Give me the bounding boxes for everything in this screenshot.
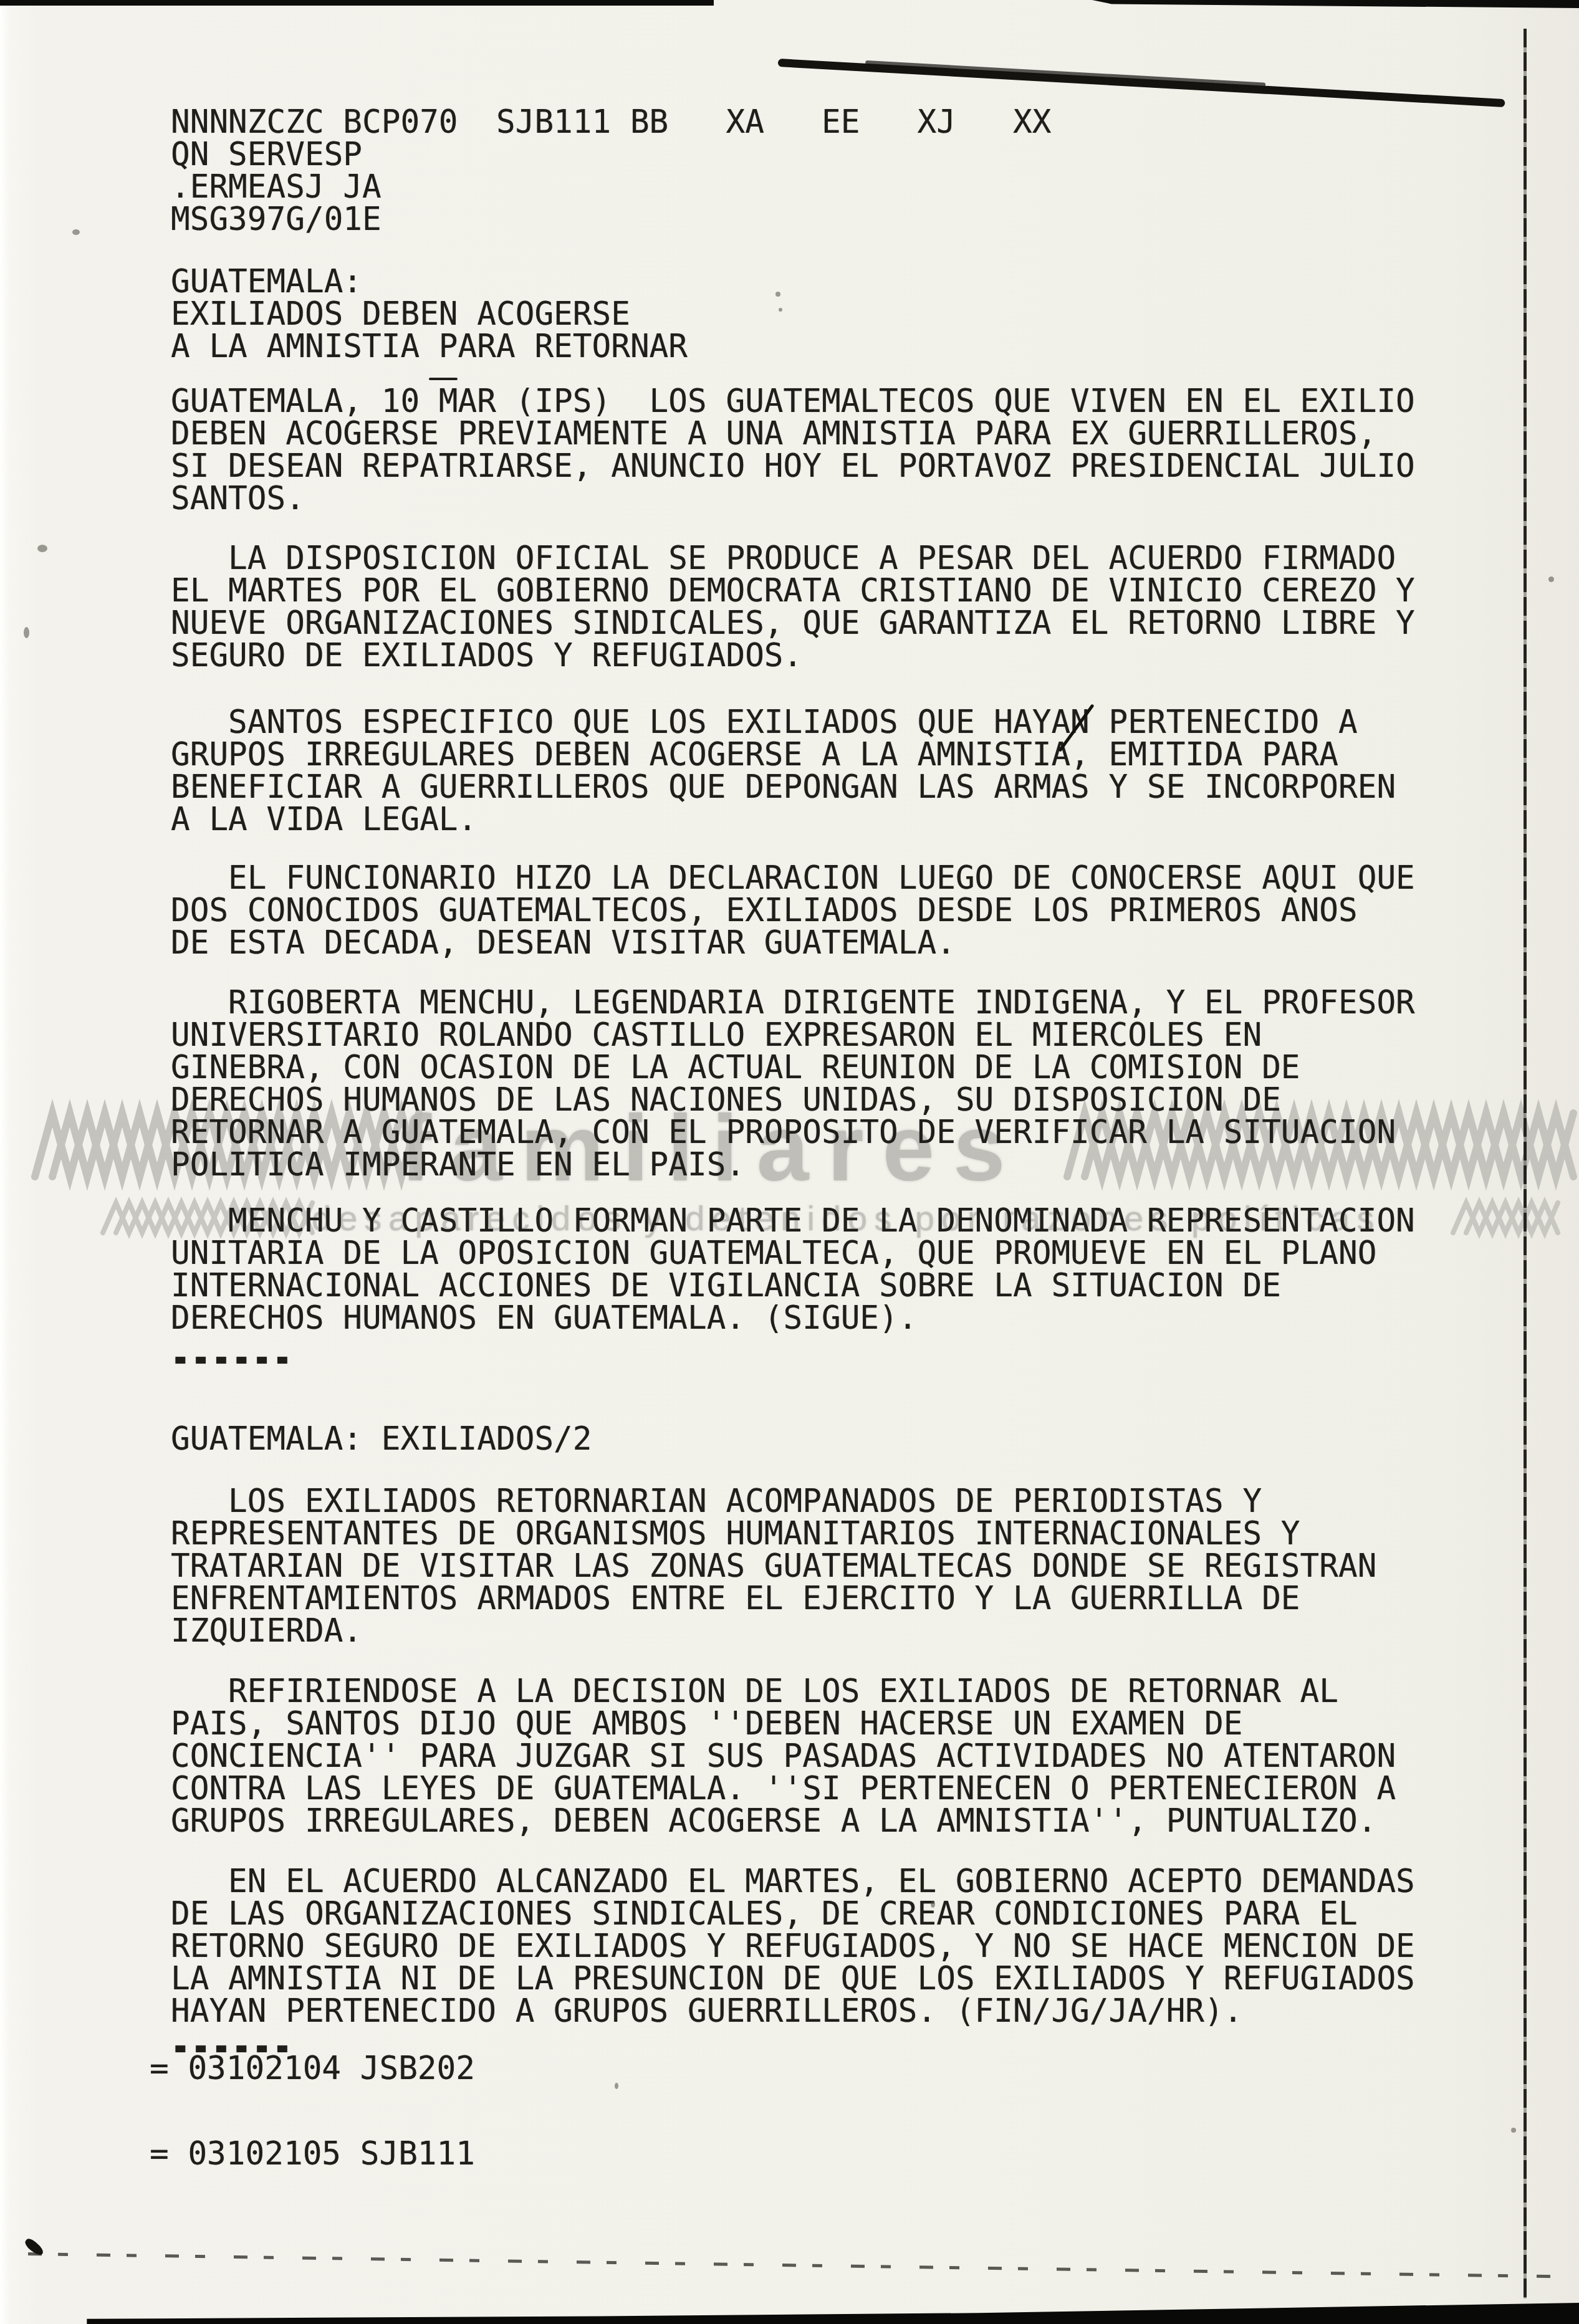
page2-slug: GUATEMALA: EXILIADOS/2 (171, 1423, 592, 1456)
scan-speck (931, 1901, 935, 1908)
story-title: GUATEMALA: EXILIADOS DEBEN ACOGERSE A LA… (171, 266, 688, 363)
scan-streak-bottom (28, 2252, 1567, 2279)
scan-streak-top (778, 59, 1505, 107)
scan-speck (37, 545, 47, 552)
paragraph-1: GUATEMALA, 10 MAR (IPS) LOS GUATEMALTECO… (171, 386, 1415, 515)
paragraph-7: LOS EXILIADOS RETORNARIAN ACOMPANADOS DE… (171, 1486, 1376, 1648)
scan-speck (775, 292, 780, 297)
scan-bottom-edge (0, 2301, 1579, 2324)
paragraph-4: EL FUNCIONARIO HIZO LA DECLARACION LUEGO… (171, 863, 1415, 960)
paragraph-8: REFIRIENDOSE A LA DECISION DE LOS EXILIA… (171, 1676, 1396, 1838)
scan-speck (24, 627, 29, 638)
scan-speck (1511, 2128, 1516, 2133)
telex-routing-header: NNNNZCZC BCP070 SJB111 BB XA EE XJ XX QN… (171, 107, 1051, 236)
scan-feed-line-right (1524, 29, 1527, 2298)
service-timestamp-1: = 03102104 JSB202 (150, 2053, 475, 2085)
scan-top-edge-left (0, 0, 714, 6)
paragraph-5: RIGOBERTA MENCHU, LEGENDARIA DIRIGENTE I… (171, 987, 1415, 1182)
scan-top-edge-right (1092, 0, 1579, 8)
scan-speck (72, 229, 80, 235)
overline-artifact (429, 378, 458, 380)
paragraph-9: EN EL ACUERDO ALCANZADO EL MARTES, EL GO… (171, 1866, 1415, 2028)
telex-scan-page: familiares desaparecidos y detenidos por… (0, 0, 1579, 2324)
separator-dashes-1: ------ (171, 1335, 293, 1384)
scan-speck (1548, 576, 1554, 582)
service-timestamp-2: = 03102105 SJB111 (150, 2138, 475, 2171)
paragraph-2: LA DISPOSICION OFICIAL SE PRODUCE A PESA… (171, 543, 1415, 672)
paragraph-3: SANTOS ESPECIFICO QUE LOS EXILIADOS QUE … (171, 707, 1396, 836)
scan-speck (615, 2083, 618, 2089)
scan-speck (779, 308, 782, 312)
paragraph-6: MENCHU Y CASTILLO FORMAN PARTE DE LA DEN… (171, 1205, 1415, 1335)
